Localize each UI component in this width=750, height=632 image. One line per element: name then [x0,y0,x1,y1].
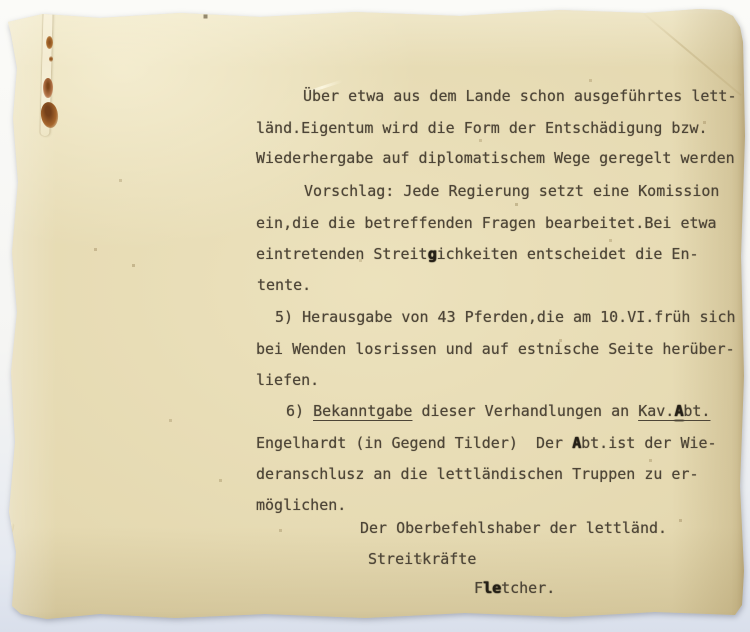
typewritten-line: Wiederhergabe auf diplomatischem Wege ge… [256,150,735,167]
typewriter-text: Streitkräfte [368,550,476,568]
typewritten-line: eintretenden Streitgichkeiten entscheide… [256,246,699,263]
typewriter-text: deranschlusz an die lettländischen Trupp… [256,465,699,483]
typewriter-text: bt.ist der Wie- [581,434,716,452]
typewritten-line: 5) Herausgabe von 43 Pferden,die am 10.V… [275,309,736,326]
typewritten-line: Über etwa aus dem Lande schon ausgeführt… [303,88,736,105]
typewritten-line: bei Wenden losrissen und auf estnische S… [256,341,735,358]
typewriter-emphasis: A [572,434,581,452]
typewriter-text: tente. [257,276,311,294]
typewritten-text: Über etwa aus dem Lande schon ausgeführt… [0,0,750,632]
typewritten-line: ein,die die betreffenden Fragen bearbeit… [256,215,717,232]
typewritten-line: Der Oberbefehlshaber der lettländ. [360,520,667,537]
typewriter-text: Engelhardt (in Gegend Tilder) Der [256,434,572,452]
typewriter-text: 6) [286,402,313,420]
typewriter-text: dieser Verhandlungen an [412,402,638,420]
typewriter-text: länd.Eigentum wird die Form der Entschäd… [256,119,708,137]
typewriter-text: Vorschlag: Jede Regierung setzt eine Kom… [304,182,719,200]
typewriter-text: möglichen. [256,496,346,514]
typewritten-line: Streitkräfte [368,551,476,568]
typewriter-text: F [474,579,483,597]
typewritten-line: länd.Eigentum wird die Form der Entschäd… [256,120,708,137]
typewriter-text: Wiederhergabe auf diplomatischem Wege ge… [256,149,735,167]
typewriter-text: liefen. [256,371,319,389]
typewriter-text: tcher. [501,579,555,597]
typewriter-emphasis: Bekanntgabe [313,402,412,420]
typewriter-text: Über etwa aus dem Lande schon ausgeführt… [303,87,736,105]
typewriter-emphasis: le [483,579,501,597]
typewriter-text: Der Oberbefehlshaber der lettländ. [360,519,667,537]
typewriter-emphasis: Kav. [638,402,674,420]
typewriter-text: eintretenden Streit [256,245,428,263]
typewriter-emphasis: g [428,245,437,263]
typewriter-text: ichkeiten entscheidet die En- [437,245,699,263]
typewriter-text: bei Wenden losrissen und auf estnische S… [256,340,735,358]
typewritten-line: liefen. [256,372,319,389]
typewritten-line: tente. [257,277,311,294]
typewritten-line: deranschlusz an die lettländischen Trupp… [256,466,699,483]
scanned-document-scene: Über etwa aus dem Lande schon ausgeführt… [0,0,750,632]
typewriter-text: 5) Herausgabe von 43 Pferden,die am 10.V… [275,308,736,326]
typewritten-line: Fletcher. [474,580,555,597]
typewritten-line: 6) Bekanntgabe dieser Verhandlungen an K… [286,403,710,420]
typewriter-text: ein,die die betreffenden Fragen bearbeit… [256,214,717,232]
typewriter-emphasis: bt. [683,402,710,420]
typewritten-line: möglichen. [256,497,346,514]
typewritten-line: Vorschlag: Jede Regierung setzt eine Kom… [304,183,719,200]
typewritten-line: Engelhardt (in Gegend Tilder) Der Abt.is… [256,435,717,452]
